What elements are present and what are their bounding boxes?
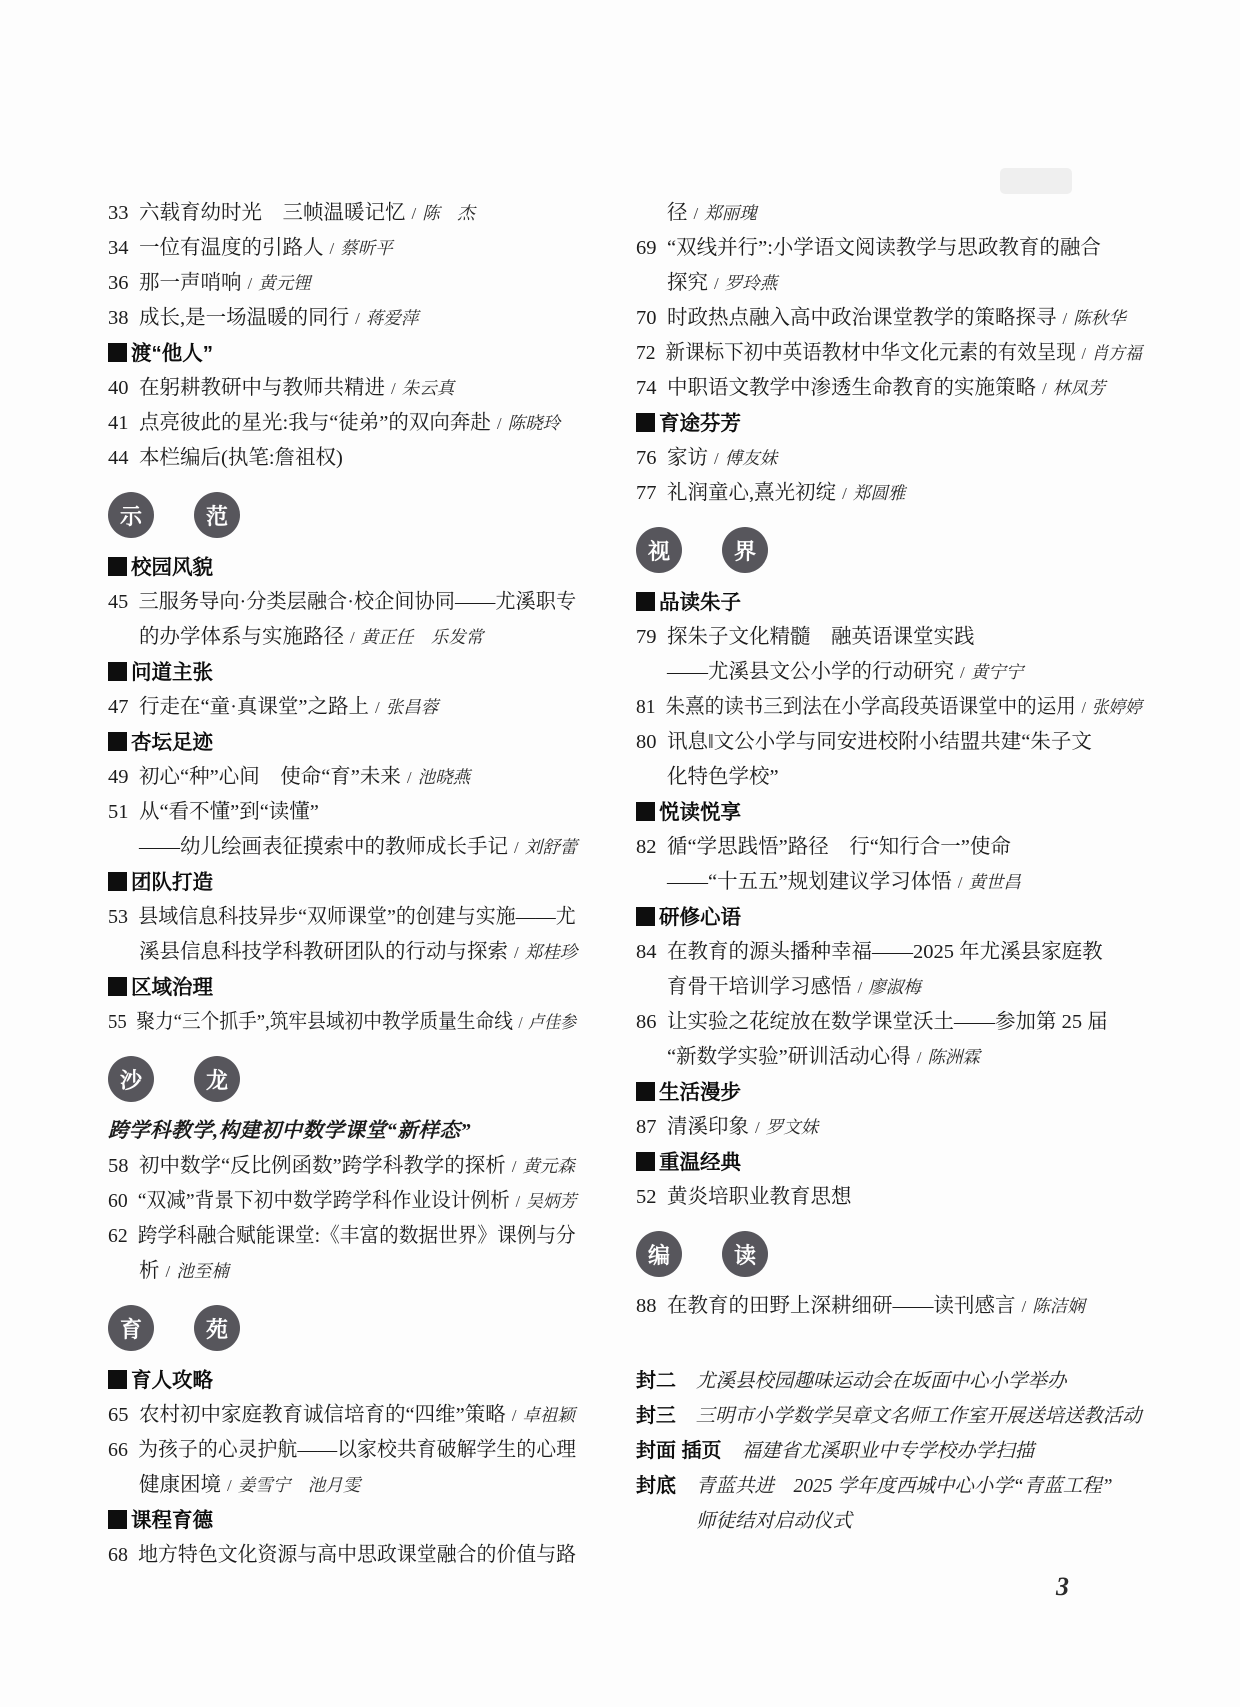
entry-title: 探究 [667, 272, 708, 294]
toc-entry: 41点亮彼此的星光:我与“徒弟”的双向奔赴/陈晓玲 [108, 406, 576, 441]
entry-title: 化特色学校” [667, 766, 779, 788]
toc-entry: 81朱熹的读书三到法在小学高段英语课堂中的运用/张婷婷 [636, 690, 1118, 725]
entry-title: 中职语文教学中渗透生命教育的实施策略 [667, 377, 1036, 399]
entry-title: 在教育的田野上深耕细研——读刊感言 [667, 1295, 1016, 1317]
section-header: 校园风貌 [108, 550, 576, 585]
entry-title: 一位有温度的引路人 [139, 237, 324, 259]
entry-title: ——幼儿绘画表征摸索中的教师成长手记 [139, 836, 508, 858]
badge-circle: 示 [108, 492, 154, 538]
section-marker-icon [108, 872, 127, 891]
section-label: 育人攻略 [131, 1369, 213, 1392]
scan-artifact [1000, 168, 1072, 194]
section-header: 悦读悦享 [636, 795, 1142, 830]
toc-entry: 49初心“种”心间 使命“育”未来/池晓燕 [108, 760, 576, 795]
entry-title: ——“十五五”规划建议学习体悟 [667, 871, 952, 893]
cover-item: 封二尤溪县校园趣味运动会在坂面中心小学举办 [636, 1364, 1142, 1399]
section-marker-icon [636, 592, 655, 611]
entry-number: 82 [636, 830, 667, 865]
entry-author: 陈晓玲 [508, 413, 561, 433]
slash-separator: / [516, 1192, 521, 1211]
toc-entry: 33六载育幼时光 三帧温暖记忆/陈 杰 [108, 196, 576, 231]
cover-label: 封三 [636, 1405, 676, 1427]
entry-title: 的办学体系与实施路径 [139, 626, 344, 648]
entry-number: 88 [636, 1289, 667, 1324]
entry-title: ——尤溪县文公小学的行动研究 [667, 661, 954, 683]
entry-author: 吴炳芳 [526, 1191, 576, 1211]
toc-entry: 55聚力“三个抓手”,筑牢县域初中教学质量生命线/卢佳参 [108, 1005, 535, 1040]
section-header: 渡“他人” [108, 336, 576, 371]
slash-separator: / [166, 1262, 171, 1281]
entry-number: 86 [636, 1005, 667, 1040]
entry-author: 卢佳参 [528, 1012, 576, 1032]
left-column: 33六载育幼时光 三帧温暖记忆/陈 杰34一位有温度的引路人/蔡昕平36那一声哨… [108, 196, 576, 1573]
slash-separator: / [514, 838, 519, 857]
salon-title: 跨学科教学,构建初中数学课堂“新样态” [108, 1114, 576, 1149]
entry-title: 新课标下初中英语教材中华文化元素的有效呈现 [666, 342, 1076, 364]
slash-separator: / [497, 414, 502, 433]
badge-circle: 读 [722, 1231, 768, 1277]
slash-separator: / [1081, 698, 1086, 717]
entry-number: 80 [636, 725, 667, 760]
entry-author: 黄正任 乐发常 [361, 627, 484, 647]
entry-number: 65 [108, 1398, 139, 1433]
cover-item: 封三三明市小学数学吴章文名师工作室开展送培送教活动 [636, 1399, 1139, 1434]
toc-entry: 62跨学科融合赋能课堂:《丰富的数据世界》课例与分 [108, 1219, 557, 1254]
toc-entry: 化特色学校” [636, 760, 1142, 795]
entry-title: “双减”背景下初中数学跨学科作业设计例析 [138, 1190, 510, 1212]
covers-list: 封二尤溪县校园趣味运动会在坂面中心小学举办封三三明市小学数学吴章文名师工作室开展… [636, 1364, 1142, 1539]
slash-separator: / [714, 449, 719, 468]
entry-number: 72 [636, 336, 666, 371]
section-label: 杏坛足迹 [131, 731, 213, 754]
section-label: 问道主张 [131, 661, 213, 684]
entry-number: 77 [636, 476, 667, 511]
toc-entry: 60“双减”背景下初中数学跨学科作业设计例析/吴炳芳 [108, 1184, 558, 1219]
entry-title: 县域信息科技异步“双师课堂”的创建与实施——尤 [138, 906, 575, 928]
toc-entry: 88在教育的田野上深耕细研——读刊感言/陈洁娴 [636, 1289, 1142, 1324]
section-label: 研修心语 [659, 906, 741, 929]
entry-author: 黄世昌 [968, 872, 1021, 892]
section-label: 课程育德 [131, 1509, 213, 1532]
toc-entry: 69“双线并行”:小学语文阅读教学与思政教育的融合 [636, 231, 1142, 266]
entry-author: 陈洲霖 [927, 1047, 980, 1067]
entry-author: 姜雪宁 池月雯 [238, 1475, 361, 1495]
badge-circle: 编 [636, 1231, 682, 1277]
toc-entry: ——“十五五”规划建议学习体悟/黄世昌 [636, 865, 1142, 900]
toc-entry: 77礼润童心,熹光初绽/郑圆雅 [636, 476, 1142, 511]
toc-entry: 45三服务导向·分类层融合·校企间协同——尤溪职专 [108, 585, 569, 620]
entry-author: 郑圆雅 [853, 483, 906, 503]
slash-separator: / [518, 1013, 522, 1032]
entry-number: 45 [108, 585, 139, 620]
toc-entry: 的办学体系与实施路径/黄正任 乐发常 [108, 620, 576, 655]
entry-title: 家访 [667, 447, 708, 469]
slash-separator: / [1022, 1297, 1027, 1316]
entry-title: 析 [139, 1260, 160, 1282]
section-label: 校园风貌 [131, 556, 213, 579]
toc-entry: 87清溪印象/罗文妹 [636, 1110, 1142, 1145]
entry-number: 36 [108, 266, 139, 301]
entry-number: 58 [108, 1149, 139, 1184]
entry-title: 育骨干培训学习感悟 [667, 976, 852, 998]
section-header: 问道主张 [108, 655, 576, 690]
section-header: 研修心语 [636, 900, 1142, 935]
entry-title: 从“看不懂”到“读懂” [139, 801, 319, 823]
slash-separator: / [755, 1118, 760, 1137]
badge-circle: 苑 [194, 1305, 240, 1351]
entry-number: 70 [636, 301, 667, 336]
column-badge: 视界 [636, 527, 1142, 573]
entry-author: 蔡昕平 [340, 238, 393, 258]
slash-separator: / [917, 1048, 922, 1067]
entry-number: 53 [108, 900, 138, 935]
entry-author: 傅友妹 [725, 448, 778, 468]
entry-author: 廖淑梅 [868, 977, 921, 997]
section-marker-icon [636, 802, 655, 821]
toc-entry: “新数学实验”研训活动心得/陈洲霖 [636, 1040, 1142, 1075]
toc-entry: 健康困境/姜雪宁 池月雯 [108, 1468, 576, 1503]
slash-separator: / [960, 663, 965, 682]
entry-title: “新数学实验”研训活动心得 [667, 1046, 911, 1068]
column-badge: 育苑 [108, 1305, 576, 1351]
entry-number: 51 [108, 795, 139, 830]
column-badge: 示范 [108, 492, 576, 538]
entry-title: 本栏编后(执笔:詹祖权) [139, 447, 343, 469]
entry-number: 33 [108, 196, 139, 231]
badge-circle: 育 [108, 1305, 154, 1351]
cover-text: 三明市小学数学吴章文名师工作室开展送培送教活动 [696, 1406, 1142, 1427]
entry-author: 刘舒蕾 [525, 837, 578, 857]
entry-title: 六载育幼时光 三帧温暖记忆 [139, 202, 406, 224]
entry-title: 那一声哨响 [139, 272, 242, 294]
toc-entry: 径/郑丽瑰 [636, 196, 1142, 231]
entry-number: 49 [108, 760, 139, 795]
toc-entry: 84在教育的源头播种幸福——2025 年尤溪县家庭教 [636, 935, 1142, 970]
entry-number: 68 [108, 1538, 138, 1573]
slash-separator: / [227, 1476, 232, 1495]
slash-separator: / [958, 873, 963, 892]
slash-separator: / [842, 484, 847, 503]
section-header: 育人攻略 [108, 1363, 576, 1398]
slash-separator: / [512, 1157, 517, 1176]
cover-label: 封底 [636, 1475, 676, 1497]
section-marker-icon [636, 1152, 655, 1171]
toc-entry: 86让实验之花绽放在数学课堂沃土——参加第 25 届 [636, 1005, 1142, 1040]
entry-author: 卓祖颖 [522, 1405, 575, 1425]
entry-author: 黄宁宁 [971, 662, 1024, 682]
entry-title: 聚力“三个抓手”,筑牢县域初中教学质量生命线 [136, 1011, 513, 1033]
section-header: 杏坛足迹 [108, 725, 576, 760]
section-marker-icon [108, 557, 127, 576]
entry-author: 罗玲燕 [725, 273, 778, 293]
toc-entry: 76家访/傅友妹 [636, 441, 1142, 476]
toc-entry: 40在躬耕教研中与教师共精进/朱云真 [108, 371, 576, 406]
slash-separator: / [1042, 379, 1047, 398]
section-header: 品读朱子 [636, 585, 1142, 620]
toc-entry: 53县域信息科技异步“双师课堂”的创建与实施——尤 [108, 900, 564, 935]
entry-title: 地方特色文化资源与高中思政课堂融合的价值与路 [138, 1544, 576, 1566]
entry-title: 三服务导向·分类层融合·校企间协同——尤溪职专 [139, 591, 577, 613]
entry-title: 礼润童心,熹光初绽 [667, 482, 836, 504]
entry-title: 农村初中家庭教育诚信培育的“四维”策略 [139, 1404, 506, 1426]
cover-text: 尤溪县校园趣味运动会在坂面中心小学举办 [696, 1371, 1067, 1392]
toc-entry: 44本栏编后(执笔:詹祖权) [108, 441, 576, 476]
entry-title: 时政热点融入高中政治课堂教学的策略探寻 [667, 307, 1057, 329]
section-marker-icon [108, 1510, 127, 1529]
entry-title: 在教育的源头播种幸福——2025 年尤溪县家庭教 [667, 941, 1103, 963]
entry-number: 81 [636, 690, 666, 725]
entry-title: 溪县信息科技学科教研团队的行动与探索 [139, 941, 508, 963]
toc-entry: 52黄炎培职业教育思想 [636, 1180, 1142, 1215]
slash-separator: / [355, 309, 360, 328]
toc-entry: 74中职语文教学中渗透生命教育的实施策略/林凤芳 [636, 371, 1142, 406]
right-column: 径/郑丽瑰69“双线并行”:小学语文阅读教学与思政教育的融合探究/罗玲燕70时政… [636, 196, 1142, 1539]
entry-number: 60 [108, 1184, 138, 1219]
entry-author: 郑丽瑰 [704, 203, 757, 223]
entry-author: 蒋爱萍 [366, 308, 419, 328]
entry-number: 44 [108, 441, 139, 476]
slash-separator: / [412, 204, 417, 223]
toc-entry: 溪县信息科技学科教研团队的行动与探索/郑桂珍 [108, 935, 576, 970]
entry-author: 朱云真 [402, 378, 455, 398]
slash-separator: / [407, 768, 412, 787]
entry-number: 52 [636, 1180, 667, 1215]
entry-title: 径 [667, 202, 688, 224]
section-label: 生活漫步 [659, 1081, 741, 1104]
section-marker-icon [108, 1370, 127, 1389]
toc-entry: 58初中数学“反比例函数”跨学科教学的探析/黄元森 [108, 1149, 576, 1184]
section-header: 课程育德 [108, 1503, 576, 1538]
entry-title: 让实验之花绽放在数学课堂沃土——参加第 25 届 [667, 1011, 1108, 1033]
entry-number: 79 [636, 620, 667, 655]
entry-number: 84 [636, 935, 667, 970]
section-label: 重温经典 [659, 1151, 741, 1174]
entry-number: 47 [108, 690, 139, 725]
entry-number: 55 [108, 1005, 136, 1040]
entry-number: 74 [636, 371, 667, 406]
section-header: 生活漫步 [636, 1075, 1142, 1110]
slash-separator: / [1081, 344, 1086, 363]
section-header: 重温经典 [636, 1145, 1142, 1180]
entry-number: 62 [108, 1219, 138, 1254]
entry-author: 罗文妹 [766, 1117, 819, 1137]
cover-label: 封二 [636, 1370, 676, 1392]
toc-entry: 65农村初中家庭教育诚信培育的“四维”策略/卓祖颖 [108, 1398, 576, 1433]
toc-entry: ——幼儿绘画表征摸索中的教师成长手记/刘舒蕾 [108, 830, 576, 865]
cover-item: 封底青蓝共进 2025 学年度西城中心小学“青蓝工程” [636, 1469, 1142, 1504]
section-label: 育途芬芳 [659, 412, 741, 435]
toc-entry: 38成长,是一场温暖的同行/蒋爱萍 [108, 301, 576, 336]
entry-title: 成长,是一场温暖的同行 [139, 307, 349, 329]
slash-separator: / [714, 274, 719, 293]
slash-separator: / [375, 698, 380, 717]
toc-entry: 34一位有温度的引路人/蔡昕平 [108, 231, 576, 266]
toc-entry: 51从“看不懂”到“读懂” [108, 795, 576, 830]
entry-author: 肖方福 [1092, 343, 1142, 363]
toc-entry: ——尤溪县文公小学的行动研究/黄宁宁 [636, 655, 1142, 690]
entry-author: 陈洁娴 [1032, 1296, 1085, 1316]
entry-title: 初中数学“反比例函数”跨学科教学的探析 [139, 1155, 506, 1177]
entry-author: 张婷婷 [1092, 697, 1142, 717]
entry-author: 张昌蓉 [386, 697, 439, 717]
entry-author: 陈秋华 [1073, 308, 1126, 328]
entry-number: 34 [108, 231, 139, 266]
section-marker-icon [108, 977, 127, 996]
slash-separator: / [391, 379, 396, 398]
section-header: 区域治理 [108, 970, 576, 1005]
entry-title: 点亮彼此的星光:我与“徒弟”的双向奔赴 [139, 412, 491, 434]
toc-entry: 82循“学思践悟”路径 行“知行合一”使命 [636, 830, 1142, 865]
slash-separator: / [514, 943, 519, 962]
section-marker-icon [636, 1082, 655, 1101]
section-label: 渡“他人” [131, 342, 213, 365]
entry-author: 黄元锂 [258, 273, 311, 293]
entry-number: 38 [108, 301, 139, 336]
toc-entry: 66为孩子的心灵护航——以家校共育破解学生的心理 [108, 1433, 562, 1468]
entry-number: 69 [636, 231, 667, 266]
entry-title: 探朱子文化精髓 融英语课堂实践 [667, 626, 975, 648]
section-label: 区域治理 [131, 976, 213, 999]
cover-text: 师徒结对启动仪式 [696, 1511, 852, 1532]
section-label: 团队打造 [131, 871, 213, 894]
toc-entry: 70时政热点融入高中政治课堂教学的策略探寻/陈秋华 [636, 301, 1142, 336]
slash-separator: / [248, 274, 253, 293]
slash-separator: / [350, 628, 355, 647]
entry-number: 41 [108, 406, 139, 441]
section-marker-icon [108, 343, 127, 362]
entry-title: 在躬耕教研中与教师共精进 [139, 377, 385, 399]
slash-separator: / [1063, 309, 1068, 328]
toc-entry: 析/池至楠 [108, 1254, 576, 1289]
slash-separator: / [330, 239, 335, 258]
page-number: 3 [1056, 1572, 1069, 1602]
entry-title: 循“学思践悟”路径 行“知行合一”使命 [667, 836, 1011, 858]
badge-circle: 沙 [108, 1056, 154, 1102]
slash-separator: / [694, 204, 699, 223]
cover-text: 青蓝共进 2025 学年度西城中心小学“青蓝工程” [696, 1476, 1113, 1497]
section-header: 团队打造 [108, 865, 576, 900]
section-label: 品读朱子 [659, 591, 741, 614]
entry-title: 讯息‖文公小学与同安进校附小结盟共建“朱子文 [667, 731, 1092, 753]
toc-entry: 68地方特色文化资源与高中思政课堂融合的价值与路 [108, 1538, 562, 1573]
slash-separator: / [512, 1406, 517, 1425]
entry-title: 初心“种”心间 使命“育”未来 [139, 766, 401, 788]
cover-item: 师徒结对启动仪式 [636, 1504, 1142, 1539]
entry-author: 池晓燕 [418, 767, 471, 787]
section-marker-icon [636, 413, 655, 432]
toc-entry: 探究/罗玲燕 [636, 266, 1142, 301]
toc-entry: 80讯息‖文公小学与同安进校附小结盟共建“朱子文 [636, 725, 1142, 760]
entry-number: 40 [108, 371, 139, 406]
cover-item: 封面 插页福建省尤溪职业中专学校办学扫描 [636, 1434, 1142, 1469]
toc-entry: 72新课标下初中英语教材中华文化元素的有效呈现/肖方福 [636, 336, 1118, 371]
toc-entry: 79探朱子文化精髓 融英语课堂实践 [636, 620, 1142, 655]
toc-entry: 47行走在“童·真课堂”之路上/张昌蓉 [108, 690, 576, 725]
entry-title: “双线并行”:小学语文阅读教学与思政教育的融合 [667, 237, 1101, 259]
entry-number: 87 [636, 1110, 667, 1145]
section-header: 育途芬芳 [636, 406, 1142, 441]
cover-label: 封面 插页 [636, 1440, 722, 1462]
entry-author: 陈 杰 [422, 203, 475, 223]
entry-title: 清溪印象 [667, 1116, 749, 1138]
entry-title: 跨学科融合赋能课堂:《丰富的数据世界》课例与分 [138, 1225, 576, 1247]
entry-author: 郑桂珍 [525, 942, 578, 962]
badge-circle: 范 [194, 492, 240, 538]
entry-title: 为孩子的心灵护航——以家校共育破解学生的心理 [138, 1439, 576, 1461]
badge-circle: 界 [722, 527, 768, 573]
cover-text: 福建省尤溪职业中专学校办学扫描 [742, 1441, 1035, 1462]
section-label: 悦读悦享 [659, 801, 741, 824]
badge-circle: 龙 [194, 1056, 240, 1102]
badge-circle: 视 [636, 527, 682, 573]
entry-author: 林凤芳 [1053, 378, 1106, 398]
entry-title: 朱熹的读书三到法在小学高段英语课堂中的运用 [666, 696, 1076, 718]
section-marker-icon [636, 907, 655, 926]
entry-author: 黄元森 [522, 1156, 575, 1176]
toc-page: 33六载育幼时光 三帧温暖记忆/陈 杰34一位有温度的引路人/蔡昕平36那一声哨… [0, 0, 1240, 1707]
section-marker-icon [108, 662, 127, 681]
toc-entry: 育骨干培训学习感悟/廖淑梅 [636, 970, 1142, 1005]
toc-entry: 36那一声哨响/黄元锂 [108, 266, 576, 301]
entry-author: 池至楠 [176, 1261, 229, 1281]
entry-title: 黄炎培职业教育思想 [667, 1186, 852, 1208]
entry-title: 行走在“童·真课堂”之路上 [139, 696, 369, 718]
entry-number: 76 [636, 441, 667, 476]
slash-separator: / [858, 978, 863, 997]
entry-title: 健康困境 [139, 1474, 221, 1496]
section-marker-icon [108, 732, 127, 751]
column-badge: 沙龙 [108, 1056, 576, 1102]
column-badge: 编读 [636, 1231, 1142, 1277]
entry-number: 66 [108, 1433, 138, 1468]
